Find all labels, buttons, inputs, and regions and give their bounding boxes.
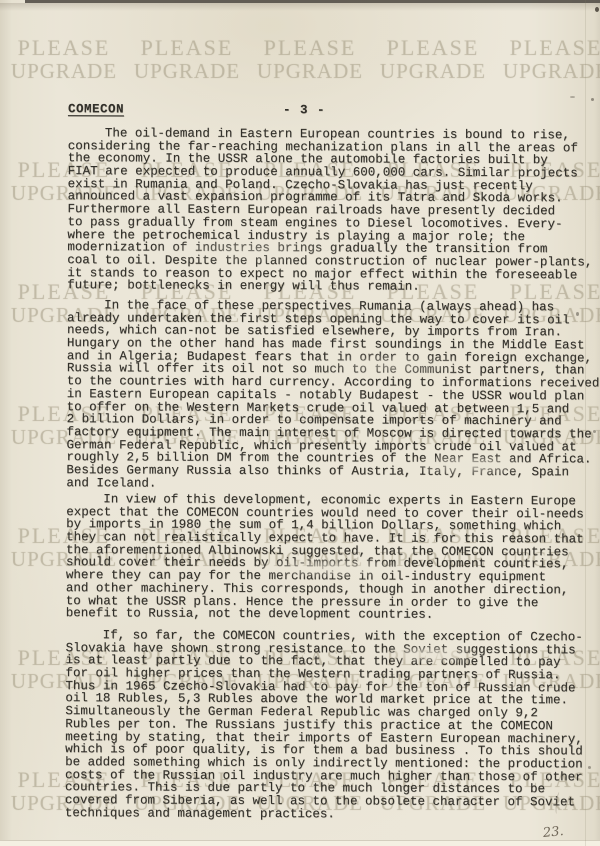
scan-edge-bottom [0, 840, 600, 846]
scan-speck [595, 7, 599, 12]
text-layer: COMECON - 3 - The oil-demand in Eastern … [0, 0, 600, 846]
handwritten-page-number: 23. [542, 824, 564, 841]
scan-speck [593, 430, 596, 433]
scanned-document-page: PLEASEUPGRADEPLEASEUPGRADEPLEASEUPGRADEP… [0, 0, 600, 846]
paper-crease [585, 0, 586, 846]
page-number: - 3 - [283, 103, 326, 117]
scan-edge-top-shadow [0, 3, 600, 11]
scan-speck [588, 766, 591, 769]
paragraph: In view of this development, economic ex… [66, 493, 600, 622]
paragraph: In the face of these perspectives Rumani… [66, 299, 600, 492]
page-title: COMECON [68, 102, 124, 116]
scan-speck [570, 96, 575, 98]
paragraph: If, so far, the COMECON countries, with … [65, 629, 600, 822]
paragraph: The oil-demand in Eastern European count… [67, 127, 600, 294]
scan-speck [576, 312, 579, 316]
scan-speck [591, 98, 594, 101]
